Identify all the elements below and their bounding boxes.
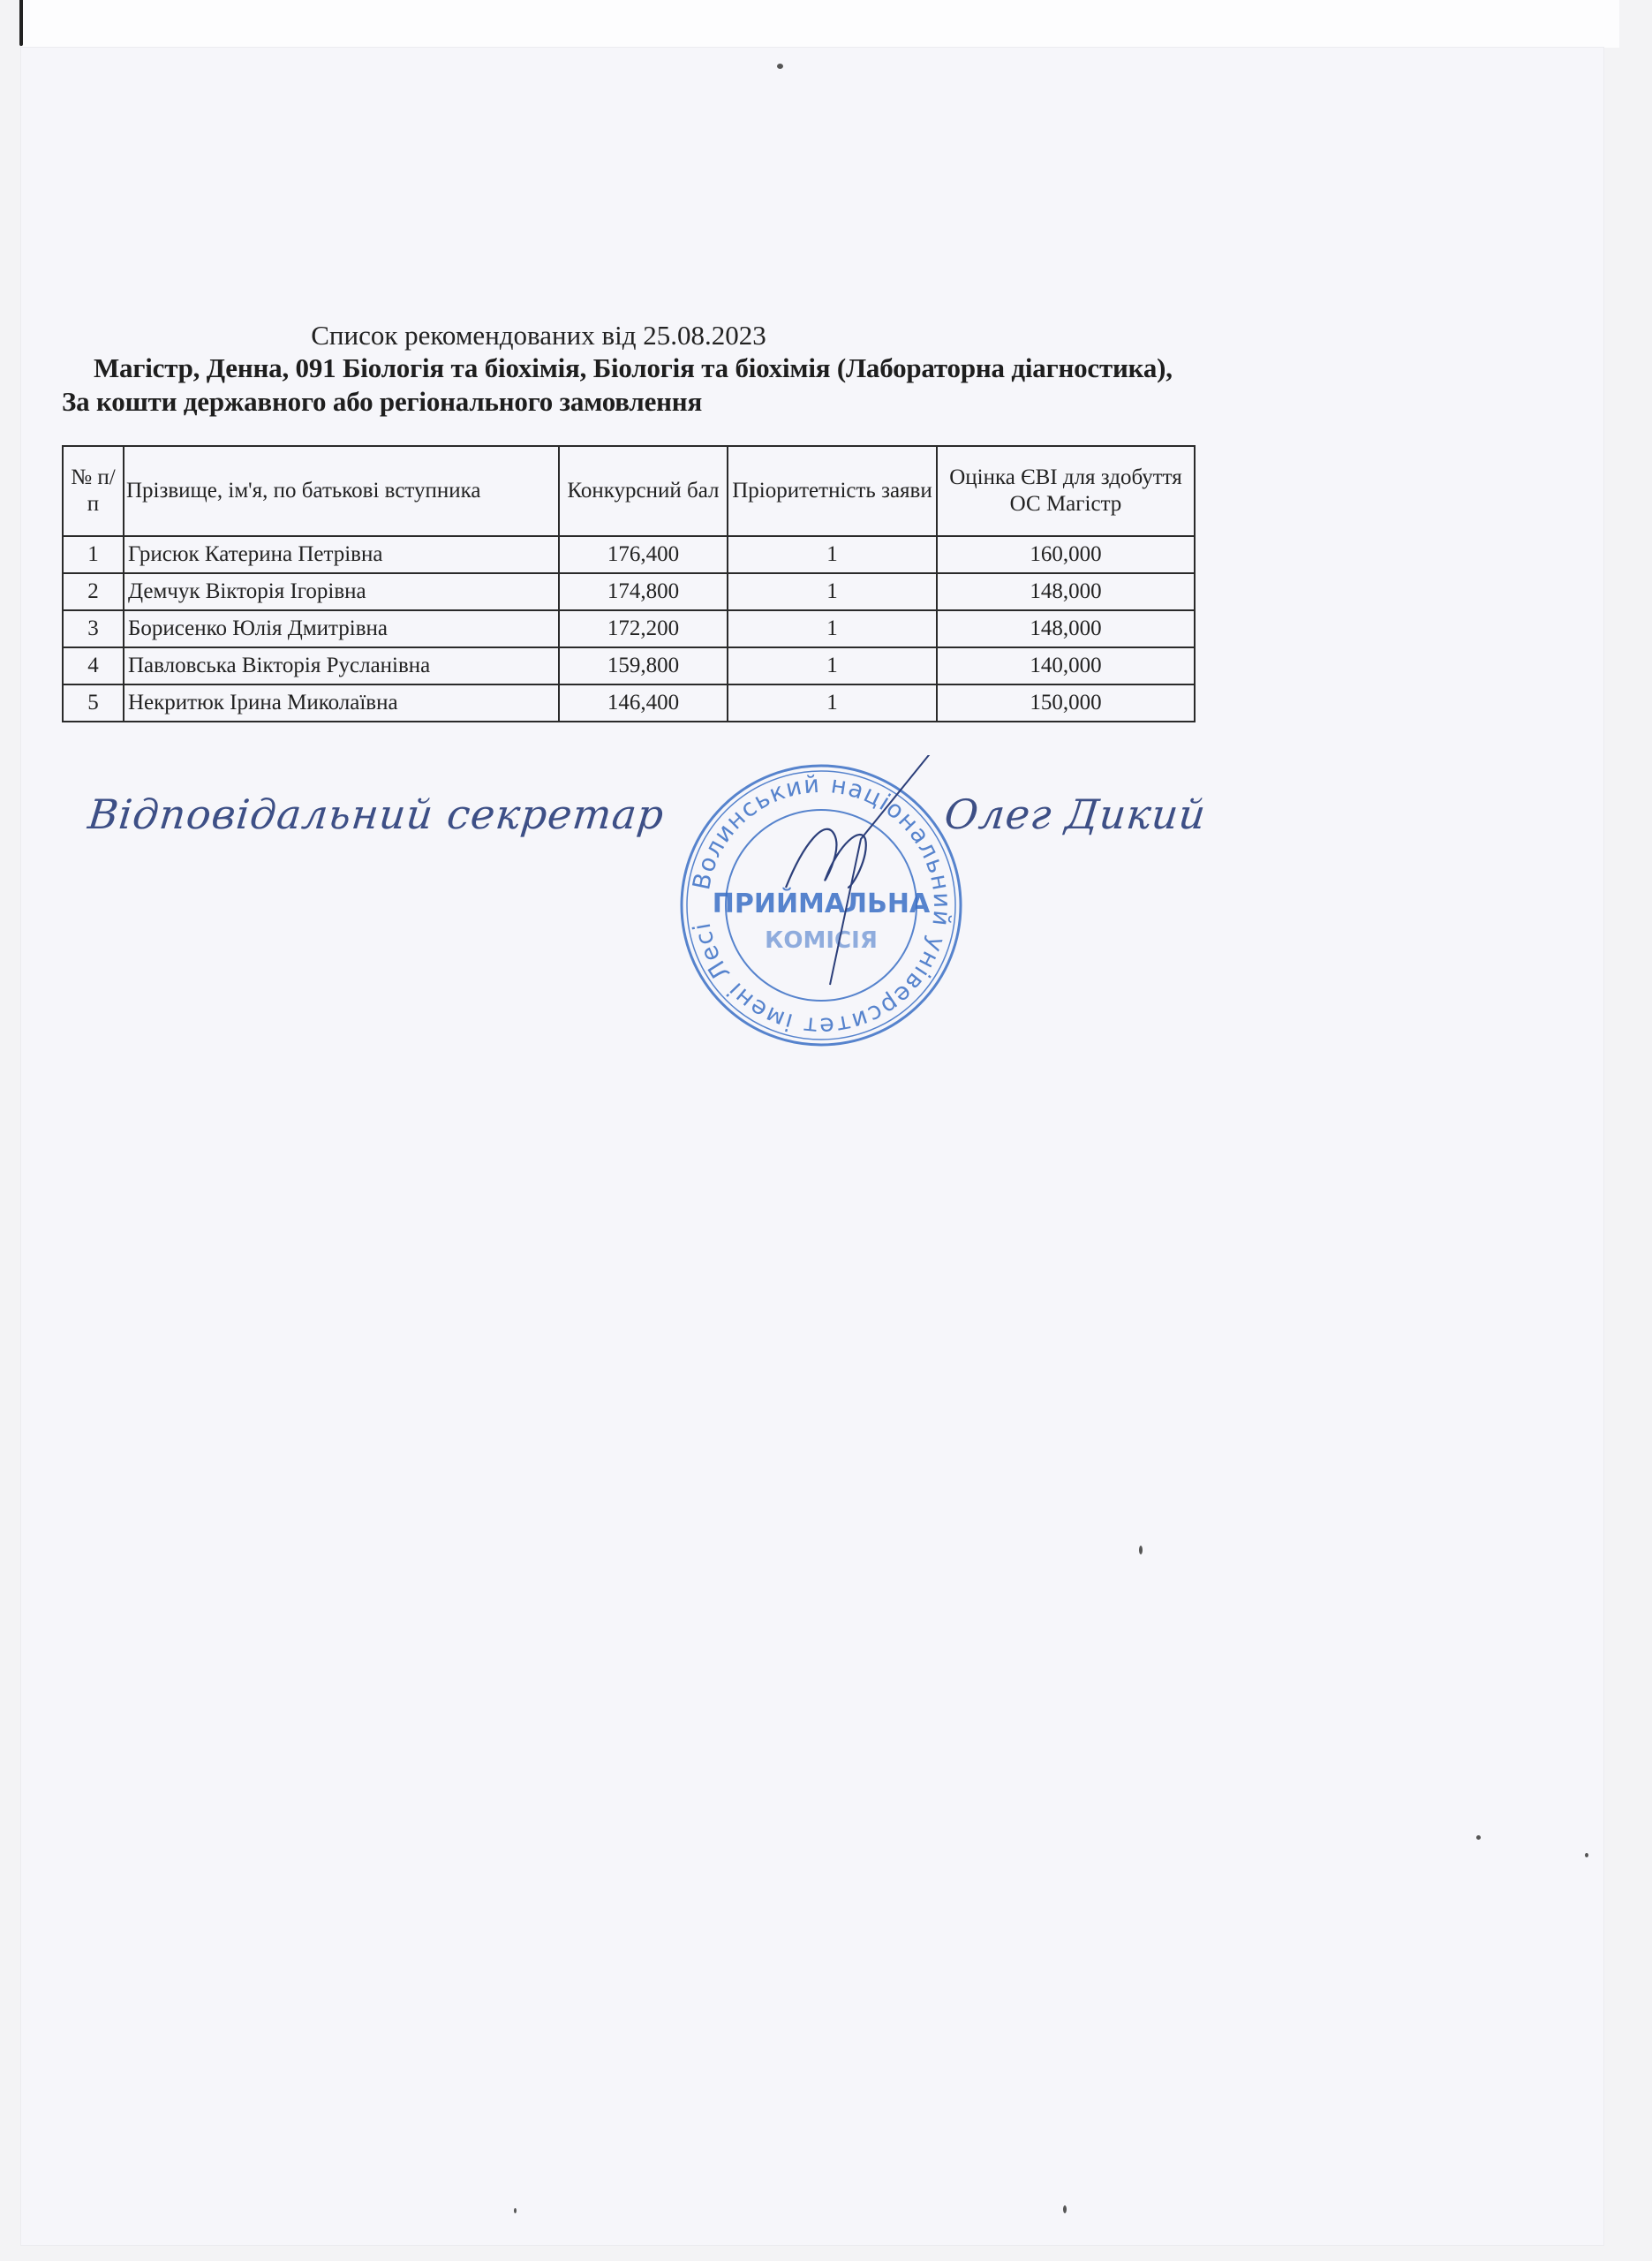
signature-scribble bbox=[786, 829, 866, 888]
binder-mark bbox=[19, 0, 23, 46]
cell-name: Некритюк Ірина Миколаївна bbox=[124, 684, 559, 722]
cell-name: Грисюк Катерина Петрівна bbox=[124, 536, 559, 573]
table-row: 4Павловська Вікторія Русланівна159,80011… bbox=[63, 647, 1195, 684]
cell-priority: 1 bbox=[728, 573, 937, 610]
header-priority: Пріоритетність заяви bbox=[728, 446, 937, 536]
cell-priority: 1 bbox=[728, 610, 937, 647]
cell-evi: 148,000 bbox=[937, 573, 1195, 610]
header-num: № п/п bbox=[63, 446, 124, 536]
admission-committee-stamp: Волинський національний університет імен… bbox=[671, 755, 971, 1055]
cell-num: 2 bbox=[63, 573, 124, 610]
table-row: 2Демчук Вікторія Ігорівна174,8001148,000 bbox=[63, 573, 1195, 610]
cell-name: Павловська Вікторія Русланівна bbox=[124, 647, 559, 684]
table-header-row: № п/п Прізвище, ім'я, по батькові вступн… bbox=[63, 446, 1195, 536]
document-title: Список рекомендованих від 25.08.2023 bbox=[97, 320, 980, 352]
signatory-name: Олег Дикий bbox=[942, 790, 1209, 838]
cell-priority: 1 bbox=[728, 536, 937, 573]
header-score: Конкурсний бал bbox=[559, 446, 728, 536]
cell-score: 174,800 bbox=[559, 573, 728, 610]
cell-evi: 148,000 bbox=[937, 610, 1195, 647]
stamp-center-line1: ПРИЙМАЛЬНА bbox=[713, 888, 931, 919]
cell-name: Борисенко Юлія Дмитрівна bbox=[124, 610, 559, 647]
header-name: Прізвище, ім'я, по батькові вступника bbox=[124, 446, 559, 536]
signatory-position: Відповідальний секретар bbox=[86, 790, 667, 838]
cell-evi: 150,000 bbox=[937, 684, 1195, 722]
scan-margin bbox=[21, 0, 1619, 48]
table-row: 3Борисенко Юлія Дмитрівна172,2001148,000 bbox=[63, 610, 1195, 647]
recommended-list-table: № п/п Прізвище, ім'я, по батькові вступн… bbox=[62, 445, 1196, 722]
cell-num: 4 bbox=[63, 647, 124, 684]
stamp-center-line2: КОМІСІЯ bbox=[765, 927, 878, 954]
cell-priority: 1 bbox=[728, 684, 937, 722]
cell-score: 146,400 bbox=[559, 684, 728, 722]
document-header: Список рекомендованих від 25.08.2023 Маг… bbox=[62, 320, 1201, 419]
cell-num: 3 bbox=[63, 610, 124, 647]
cell-evi: 140,000 bbox=[937, 647, 1195, 684]
cell-evi: 160,000 bbox=[937, 536, 1195, 573]
header-evi: Оцінка ЄВІ для здобуття ОС Магістр bbox=[937, 446, 1195, 536]
cell-score: 159,800 bbox=[559, 647, 728, 684]
cell-num: 5 bbox=[63, 684, 124, 722]
cell-score: 176,400 bbox=[559, 536, 728, 573]
table-row: 5Некритюк Ірина Миколаївна146,4001150,00… bbox=[63, 684, 1195, 722]
cell-score: 172,200 bbox=[559, 610, 728, 647]
document-subtitle: Магістр, Денна, 091 Біологія та біохімія… bbox=[62, 352, 1201, 419]
cell-num: 1 bbox=[63, 536, 124, 573]
cell-name: Демчук Вікторія Ігорівна bbox=[124, 573, 559, 610]
cell-priority: 1 bbox=[728, 647, 937, 684]
table-row: 1Грисюк Катерина Петрівна176,4001160,000 bbox=[63, 536, 1195, 573]
